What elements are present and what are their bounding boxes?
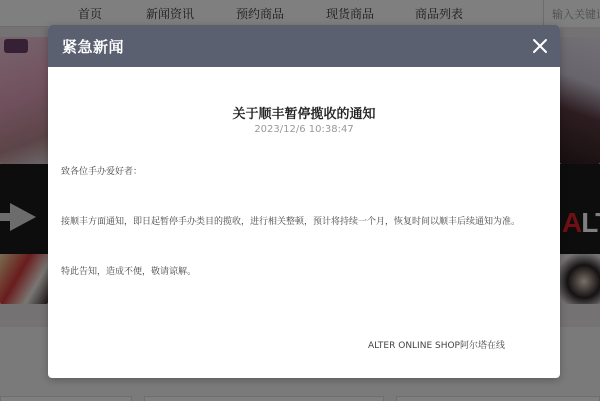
urgent-news-modal: 紧急新闻 关于顺丰暂停揽收的通知 2023/12/6 10:38:47 致各位手… — [48, 25, 560, 378]
close-icon — [530, 36, 550, 56]
modal-body: 关于顺丰暂停揽收的通知 2023/12/6 10:38:47 致各位手办爱好者：… — [48, 67, 560, 378]
article-date: 2023/12/6 10:38:47 — [48, 124, 560, 135]
modal-title: 紧急新闻 — [62, 36, 124, 57]
article-title: 关于顺丰暂停揽收的通知 — [48, 103, 560, 122]
close-button[interactable] — [530, 36, 550, 56]
article-signature: ALTER ONLINE SHOP阿尔塔在线 — [368, 338, 505, 351]
article-paragraph: 接顺丰方面通知，即日起暂停手办类目的揽收，进行相关整顿，预计将持续一个月，恢复时… — [61, 214, 520, 227]
article-greeting: 致各位手办爱好者： — [61, 164, 142, 177]
article-closing: 特此告知，造成不便，敬请谅解。 — [61, 264, 196, 277]
modal-header: 紧急新闻 — [48, 25, 560, 67]
